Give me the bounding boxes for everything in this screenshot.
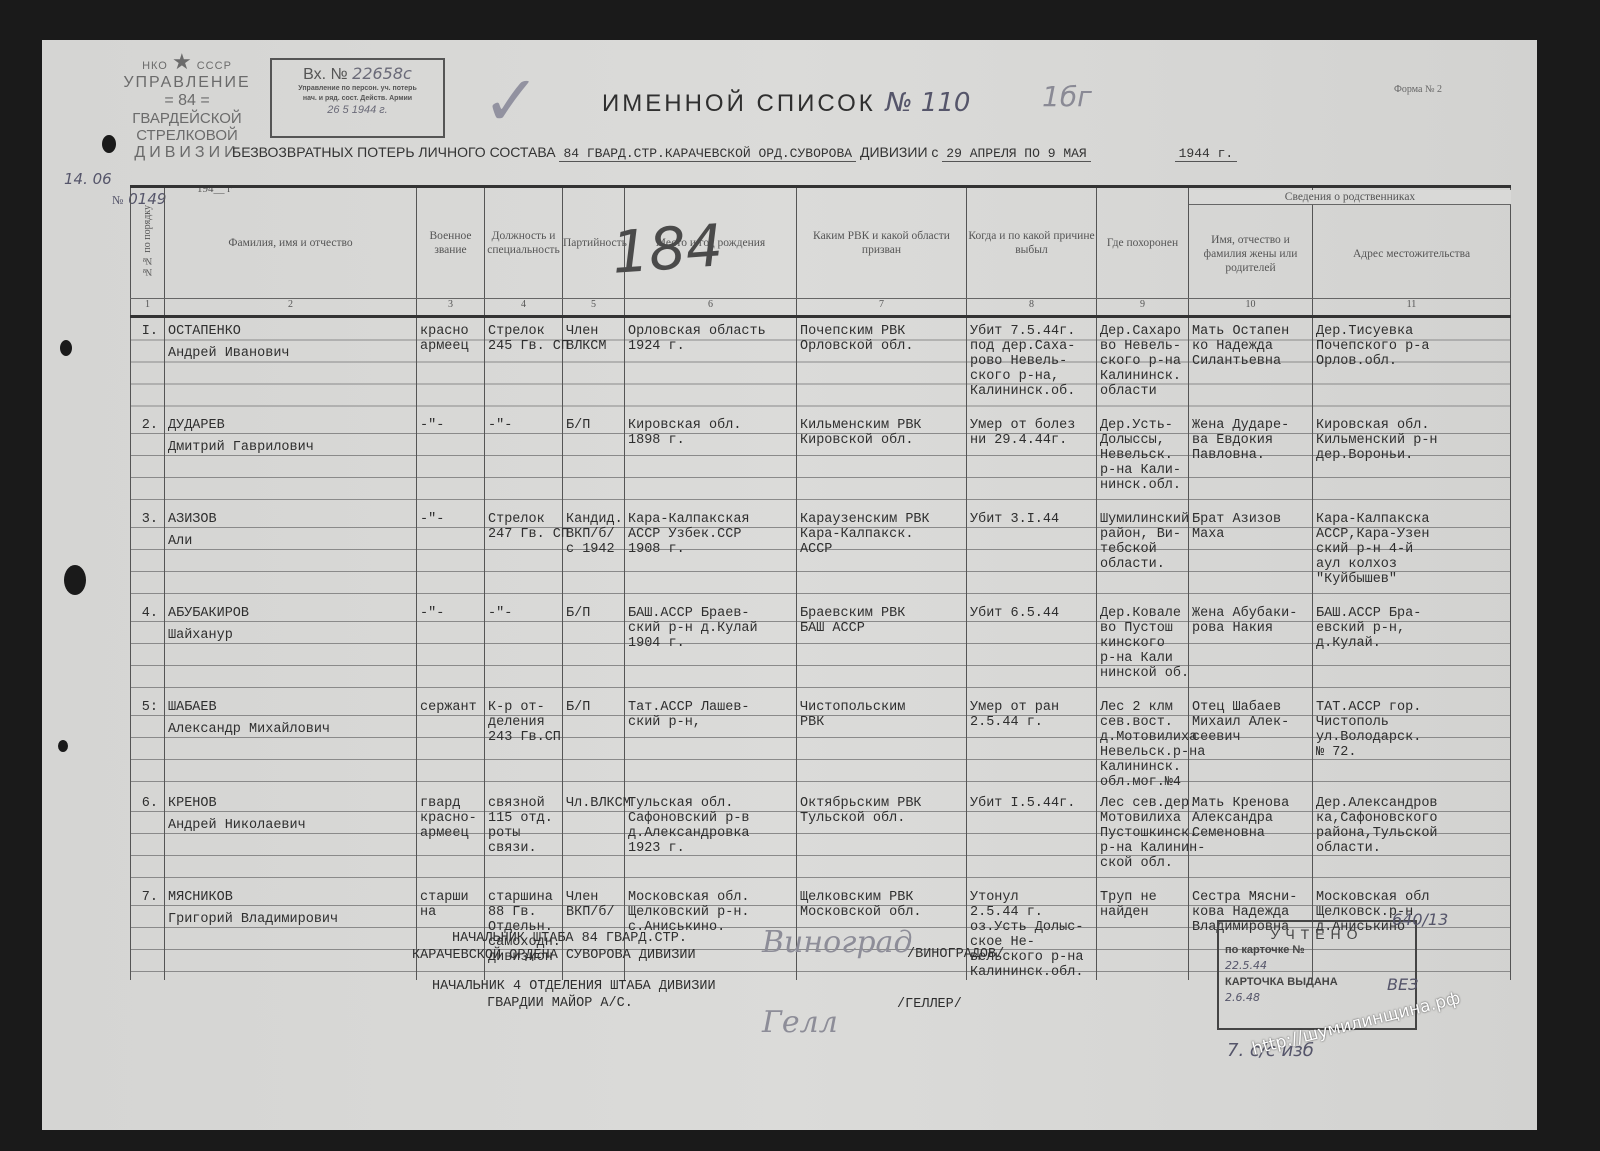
surname: МЯСНИКОВ — [168, 890, 413, 905]
registration-date: 14. 06 — [64, 170, 112, 188]
reason-line: Умер от болез — [970, 418, 1093, 433]
address-line: Кильменский р-н — [1316, 433, 1507, 448]
incoming-date: 26 5 1944 г. — [278, 104, 437, 116]
reason-line: рово Невель- — [970, 354, 1093, 369]
position-line: связной — [488, 796, 559, 811]
buried-line: Дер.Усть- — [1100, 418, 1185, 433]
rvk-line: Орловской обл. — [800, 339, 963, 354]
surname: АЗИЗОВ — [168, 512, 413, 527]
given-name: Андрей Иванович — [168, 346, 413, 361]
col-num: 1 — [131, 299, 165, 317]
buried-line: Калининск. — [1100, 369, 1185, 384]
relative-line: Жена Абубаки- — [1192, 606, 1309, 621]
reason-cell: Убит 7.5.44г.под дер.Саха-рово Невель-ск… — [967, 317, 1097, 413]
buried-line: ской обл. — [1100, 856, 1185, 871]
col-header-2: Фамилия, имя и отчество — [165, 187, 417, 299]
reason-line: 2.5.44 г. — [970, 905, 1093, 920]
side-handwritten: ВЕЗ — [1387, 975, 1418, 994]
buried-line: р-на Калинин- — [1100, 841, 1185, 856]
nko-label: НКО — [142, 60, 168, 72]
punch-hole — [58, 740, 68, 752]
subtitle-year: 1944 г. — [1175, 146, 1238, 162]
reason-line: Утонул — [970, 890, 1093, 905]
address-line: евский р-н, — [1316, 621, 1507, 636]
surname: ДУДАРЕВ — [168, 418, 413, 433]
position-line: старшина — [488, 890, 559, 905]
col-header-3: Военное звание — [417, 187, 485, 299]
buried-line: нинск.обл. — [1100, 478, 1185, 493]
col-num: 4 — [485, 299, 563, 317]
buried-line: д.Мотовилиха — [1100, 730, 1185, 745]
rank-line: на — [420, 905, 481, 920]
buried-line: район, Ви- — [1100, 527, 1185, 542]
address-line: Дер.Александров — [1316, 796, 1507, 811]
birth-line: Кара-Калпакская — [628, 512, 793, 527]
buried-line: Лес сев.дер. — [1100, 796, 1185, 811]
address-line: области. — [1316, 841, 1507, 856]
rvk-cell: Браевским РВКБАШ АССР — [797, 600, 967, 694]
address-line: Дер.Тисуевка — [1316, 324, 1507, 339]
relative-line: Сестра Мясни- — [1192, 890, 1309, 905]
party-line: Б/П — [566, 700, 621, 715]
col-header-9: Где похоронен — [1097, 187, 1189, 299]
relative-cell: Мать Остапенко НадеждаСилантьевна — [1189, 317, 1313, 413]
reason-cell: Убит 6.5.44 — [967, 600, 1097, 694]
address-cell: Кировская обл.Кильменский р-ндер.Вороньи… — [1313, 412, 1511, 506]
relative-line: ва Евдокия — [1192, 433, 1309, 448]
rvk-line: Браевским РВК — [800, 606, 963, 621]
full-name-cell: АБУБАКИРОВШайханур — [165, 600, 417, 694]
full-name-cell: КРЕНОВАндрей Николаевич — [165, 790, 417, 884]
incoming-text-1: Управление по персон. уч. потерь — [278, 84, 437, 94]
col-header-1: №№ по порядку — [131, 187, 165, 299]
party-cell: Кандид.ВКП/б/с 1942 — [563, 506, 625, 600]
row-number: 3. — [131, 506, 165, 600]
rvk-line: Караузенским РВК — [800, 512, 963, 527]
row-number: I. — [131, 317, 165, 413]
buried-cell: Дер.Усть-Долыссы,Невельск.р-на Кали-нинс… — [1097, 412, 1189, 506]
reason-line: оз.Усть Долыс- — [970, 920, 1093, 935]
relative-line: ко Надежда — [1192, 339, 1309, 354]
rvk-line: Тульской обл. — [800, 811, 963, 826]
rank-line: гвард — [420, 796, 481, 811]
given-name: Александр Михайлович — [168, 722, 413, 737]
subtitle-unit: 84 ГВАРД.СТР.КАРАЧЕВСКОЙ ОРД.СУВОРОВА — [559, 146, 856, 162]
full-name-cell: ДУДАРЕВДмитрий Гаврилович — [165, 412, 417, 506]
rank-cell: -"- — [417, 506, 485, 600]
buried-line: Мотовилиха — [1100, 811, 1185, 826]
punch-hole — [102, 135, 116, 153]
table-row: 5:ШАБАЕВАлександр МихайловичсержантК-р о… — [131, 694, 1511, 790]
org-line-1: УПРАВЛЕНИЕ — [92, 74, 282, 92]
full-name-cell: МЯСНИКОВГригорий Владимирович — [165, 884, 417, 980]
position-line: К-р от- — [488, 700, 559, 715]
position-line: 247 Гв. СП — [488, 527, 559, 542]
party-cell: Б/П — [563, 694, 625, 790]
col-num: 8 — [967, 299, 1097, 317]
reason-line: Калининск.обл. — [970, 965, 1093, 980]
reason-cell: Убит I.5.44г. — [967, 790, 1097, 884]
relative-cell: Жена Абубаки-рова Накия — [1189, 600, 1313, 694]
rank-cell: -"- — [417, 600, 485, 694]
position-line: деления — [488, 715, 559, 730]
corner-handwritten: 640/13 — [1392, 910, 1448, 929]
dept-title-2: ГВАРДИИ МАЙОР А/С. — [412, 995, 716, 1012]
table-row: 6.КРЕНОВАндрей Николаевичгвардкрасно-арм… — [131, 790, 1511, 884]
address-line: ул.Володарск. — [1316, 730, 1507, 745]
address-line: АССР,Кара-Узен — [1316, 527, 1507, 542]
surname: АБУБАКИРОВ — [168, 606, 413, 621]
rvk-cell: Кильменским РВККировской обл. — [797, 412, 967, 506]
position-line: связи. — [488, 841, 559, 856]
card-date-handwritten: 22.5.44 — [1225, 959, 1267, 972]
party-cell: ЧленВЛКСМ — [563, 317, 625, 413]
signature-block: НАЧАЛЬНИК ШТАБА 84 ГВАРД.СТР. КАРАЧЕВСКО… — [412, 930, 716, 1012]
reason-line: Убит 6.5.44 — [970, 606, 1093, 621]
rank-line: -"- — [420, 418, 481, 433]
given-name: Григорий Владимирович — [168, 912, 413, 927]
check-mark-icon: ✓ — [482, 60, 541, 142]
party-line: ВЛКСМ — [566, 339, 621, 354]
rvk-line: РВК — [800, 715, 963, 730]
incoming-number: 22658с — [352, 64, 412, 83]
position-cell: -"- — [485, 600, 563, 694]
rvk-cell: Караузенским РВККара-Калпакск.АССР — [797, 506, 967, 600]
position-line: -"- — [488, 606, 559, 621]
party-line: ВКП/б/ — [566, 905, 621, 920]
party-line: ВКП/б/ — [566, 527, 621, 542]
buried-line: нинской об. — [1100, 666, 1185, 681]
buried-line: Труп не — [1100, 890, 1185, 905]
party-line: Чл.ВЛКСМ — [566, 796, 621, 811]
reason-line: Калининск.об. — [970, 384, 1093, 399]
address-line: д.Кулай. — [1316, 636, 1507, 651]
rvk-line: Щелковским РВК — [800, 890, 963, 905]
buried-line: найден — [1100, 905, 1185, 920]
rank-line: сержант — [420, 700, 481, 715]
ussr-label: СССР — [197, 60, 232, 72]
relative-line: Силантьевна — [1192, 354, 1309, 369]
document-subtitle: БЕЗВОЗВРАТНЫХ ПОТЕРЬ ЛИЧНОГО СОСТАВА 84 … — [232, 144, 1237, 161]
table-row: I.ОСТАПЕНКОАндрей ИвановичкрасноармеецСт… — [131, 317, 1511, 413]
buried-line: Лес 2 клм — [1100, 700, 1185, 715]
buried-line: Долыссы, — [1100, 433, 1185, 448]
birth-line: ский р-н д.Кулай — [628, 621, 793, 636]
position-cell: Стрелок245 Гв. СП — [485, 317, 563, 413]
buried-line: сев.вост. — [1100, 715, 1185, 730]
reason-line: Умер от ран — [970, 700, 1093, 715]
party-line: Кандид. — [566, 512, 621, 527]
address-line: района,Тульской — [1316, 826, 1507, 841]
rvk-line: Октябрьским РВК — [800, 796, 963, 811]
address-cell: БАШ.АССР Бра-евский р-н,д.Кулай. — [1313, 600, 1511, 694]
address-cell: ТАТ.АССР гор.Чистопольул.Володарск.№ 72. — [1313, 694, 1511, 790]
rvk-line: Кара-Калпакск. — [800, 527, 963, 542]
given-name: Дмитрий Гаврилович — [168, 440, 413, 455]
birth-cell: БАШ.АССР Браев-ский р-н д.Кулай1904 г. — [625, 600, 797, 694]
rank-line: старши — [420, 890, 481, 905]
relative-line: Жена Дударе- — [1192, 418, 1309, 433]
title-number-handwritten: № 110 — [885, 88, 970, 118]
chief-title-2: КАРАЧЕВСКОЙ ОРДЕНА СУВОРОВА ДИВИЗИИ — [412, 947, 716, 964]
rvk-line: АССР — [800, 542, 963, 557]
buried-line: Невельск. — [1100, 448, 1185, 463]
surname: КРЕНОВ — [168, 796, 413, 811]
party-cell: Б/П — [563, 600, 625, 694]
chief-name: /ВИНОГРАДОВ/ — [907, 947, 1004, 962]
given-name: Шайханур — [168, 628, 413, 643]
buried-line: обл.мог.№4 — [1100, 775, 1185, 790]
position-line: 88 Гв. — [488, 905, 559, 920]
col-header-4: Должность и специальность — [485, 187, 563, 299]
relative-line: Брат Азизов — [1192, 512, 1309, 527]
registration-number-label: № — [112, 193, 123, 207]
table-header-row: №№ по порядку Фамилия, имя и отчество Во… — [131, 187, 1511, 299]
relative-line: Павловна. — [1192, 448, 1309, 463]
address-line: Чистополь — [1316, 715, 1507, 730]
incoming-text-2: нач. и ряд. сост. Действ. Армии — [278, 94, 437, 104]
rank-cell: красноармеец — [417, 317, 485, 413]
col-num: 9 — [1097, 299, 1189, 317]
document-title: ИМЕННОЙ СПИСОК № 110 — [602, 88, 970, 118]
relative-line: Михаил Алек- — [1192, 715, 1309, 730]
buried-cell: Лес 2 клмсев.вост.д.МотовилихаНевельск.р… — [1097, 694, 1189, 790]
dept-name: /ГЕЛЛЕР/ — [897, 997, 962, 1012]
relative-cell: Жена Дударе-ва ЕвдокияПавловна. — [1189, 412, 1313, 506]
address-line: Орлов.обл. — [1316, 354, 1507, 369]
star-icon: ★ — [172, 49, 193, 74]
party-line: Член — [566, 890, 621, 905]
party-line: с 1942 — [566, 542, 621, 557]
buried-line: Калининск. — [1100, 760, 1185, 775]
position-cell: связной115 отд.ротысвязи. — [485, 790, 563, 884]
reason-line: Убит 7.5.44г. — [970, 324, 1093, 339]
buried-line: области — [1100, 384, 1185, 399]
birth-cell: Тульская обл.Сафоновский р-вд.Александро… — [625, 790, 797, 884]
given-name: Андрей Николаевич — [168, 818, 413, 833]
card-issued-date: 2.6.48 — [1225, 991, 1260, 1004]
col-num: 5 — [563, 299, 625, 317]
position-cell: Стрелок247 Гв. СП — [485, 506, 563, 600]
reason-cell: Умер от болезни 29.4.44г. — [967, 412, 1097, 506]
address-line: Московская обл — [1316, 890, 1507, 905]
buried-line: во Невель- — [1100, 339, 1185, 354]
row-number: 7. — [131, 884, 165, 980]
buried-line: тебской — [1100, 542, 1185, 557]
address-cell: Дер.ТисуевкаПочепского р-аОрлов.обл. — [1313, 317, 1511, 413]
relative-line: Мать Кренова — [1192, 796, 1309, 811]
relative-line: кова Надежда — [1192, 905, 1309, 920]
incoming-stamp: Вх. № 22658с Управление по персон. уч. п… — [270, 58, 445, 138]
birth-line: 1898 г. — [628, 433, 793, 448]
col-header-8: Когда и по какой причине выбыл — [967, 187, 1097, 299]
relatives-group-header: Сведения о родственниках — [1189, 190, 1511, 205]
reason-line: под дер.Саха- — [970, 339, 1093, 354]
position-line: -"- — [488, 418, 559, 433]
full-name-cell: ШАБАЕВАлександр Михайлович — [165, 694, 417, 790]
rvk-line: Чистопольским — [800, 700, 963, 715]
rank-line: армеец — [420, 339, 481, 354]
birth-cell: Тат.АССР Лашев-ский р-н, — [625, 694, 797, 790]
birth-line: Тат.АССР Лашев- — [628, 700, 793, 715]
subtitle-period: 29 АПРЕЛЯ ПО 9 МАЯ — [942, 146, 1090, 162]
surname: ШАБАЕВ — [168, 700, 413, 715]
reason-line: 2.5.44 г. — [970, 715, 1093, 730]
position-line: Стрелок — [488, 512, 559, 527]
col-num: 2 — [165, 299, 417, 317]
row-number: 5: — [131, 694, 165, 790]
relative-line: сеевич — [1192, 730, 1309, 745]
rvk-line: Почепским РВК — [800, 324, 963, 339]
reason-line: Убит I.5.44г. — [970, 796, 1093, 811]
punch-hole — [64, 565, 86, 595]
birth-cell: Орловская область1924 г. — [625, 317, 797, 413]
address-line: "Куйбышев" — [1316, 572, 1507, 587]
party-line: Б/П — [566, 606, 621, 621]
rank-cell: сержант — [417, 694, 485, 790]
rank-line: красно — [420, 324, 481, 339]
col-header-7: Каким РВК и какой области призван — [797, 187, 967, 299]
reason-cell: Умер от ран2.5.44 г. — [967, 694, 1097, 790]
table-row: 4.АБУБАКИРОВШайханур-"--"-Б/ПБАШ.АССР Бр… — [131, 600, 1511, 694]
buried-line: кинского — [1100, 636, 1185, 651]
birth-line: 1924 г. — [628, 339, 793, 354]
address-cell: Дер.Александровка,Сафоновскогорайона,Тул… — [1313, 790, 1511, 884]
address-line: БАШ.АССР Бра- — [1316, 606, 1507, 621]
table-row: 3.АЗИЗОВАли-"-Стрелок247 Гв. СПКандид.ВК… — [131, 506, 1511, 600]
rvk-line: Кильменским РВК — [800, 418, 963, 433]
full-name-cell: ОСТАПЕНКОАндрей Иванович — [165, 317, 417, 413]
position-line: 243 Гв.СП — [488, 730, 559, 745]
relative-cell: Мать КреноваАлександраСеменовна — [1189, 790, 1313, 884]
row-number: 2. — [131, 412, 165, 506]
rvk-line: Московской обл. — [800, 905, 963, 920]
buried-line: Шумилинский — [1100, 512, 1185, 527]
reason-cell: Убит 3.I.44 — [967, 506, 1097, 600]
row-number: 4. — [131, 600, 165, 694]
relative-line: Отец Шабаев — [1192, 700, 1309, 715]
rvk-line: Кировской обл. — [800, 433, 963, 448]
address-line: Почепского р-а — [1316, 339, 1507, 354]
col-num: 7 — [797, 299, 967, 317]
rvk-cell: Октябрьским РВКТульской обл. — [797, 790, 967, 884]
buried-line: области. — [1100, 557, 1185, 572]
buried-line: Дер.Ковале — [1100, 606, 1185, 621]
buried-cell: Дер.Сахарово Невель-ского р-наКалининск.… — [1097, 317, 1189, 413]
dept-title-1: НАЧАЛЬНИК 4 ОТДЕЛЕНИЯ ШТАБА ДИВИЗИИ — [412, 978, 716, 995]
archive-document: НКО ★ СССР УПРАВЛЕНИЕ = 84 = ГВАРДЕЙСКОЙ… — [42, 40, 1537, 1130]
position-cell: К-р от-деления243 Гв.СП — [485, 694, 563, 790]
rvk-cell: Почепским РВКОрловской обл. — [797, 317, 967, 413]
surname: ОСТАПЕНКО — [168, 324, 413, 339]
row-number: 6. — [131, 790, 165, 884]
rank-line: красно- — [420, 811, 481, 826]
chief-title-1: НАЧАЛЬНИК ШТАБА 84 ГВАРД.СТР. — [412, 930, 716, 947]
rank-cell: -"- — [417, 412, 485, 506]
address-line: ский р-н 4-й — [1316, 542, 1507, 557]
col-num: 6 — [625, 299, 797, 317]
punch-hole — [60, 340, 72, 356]
card-label: по карточке № — [1225, 944, 1305, 956]
incoming-label: Вх. № — [303, 66, 348, 83]
buried-line: р-на Кали — [1100, 651, 1185, 666]
relative-cell: Отец ШабаевМихаил Алек-сеевич — [1189, 694, 1313, 790]
relative-line: рова Накия — [1192, 621, 1309, 636]
position-line: Стрелок — [488, 324, 559, 339]
handwritten-184: 184 — [610, 211, 725, 287]
reason-cell: Утонул2.5.44 г.оз.Усть Долыс-ское Не-вел… — [967, 884, 1097, 980]
accounting-header: УЧТЕНО — [1225, 926, 1409, 942]
address-line: ТАТ.АССР гор. — [1316, 700, 1507, 715]
birth-line: БАШ.АССР Браев- — [628, 606, 793, 621]
rank-line: -"- — [420, 606, 481, 621]
birth-cell: Кара-КалпакскаяАССР Узбек.ССР1908 г. — [625, 506, 797, 600]
column-number-row: 1 2 3 4 5 6 7 8 9 10 11 — [131, 299, 1511, 317]
reason-line: Убит 3.I.44 — [970, 512, 1093, 527]
chief-autograph: Виноград — [762, 925, 912, 960]
dept-autograph: Гелл — [762, 1005, 838, 1040]
buried-line: р-на Кали- — [1100, 463, 1185, 478]
losses-table: №№ по порядку Фамилия, имя и отчество Во… — [130, 185, 1511, 980]
buried-cell: Труп ненайден — [1097, 884, 1189, 980]
birth-line: АССР Узбек.ССР — [628, 527, 793, 542]
card-issued-label: КАРТОЧКА ВЫДАНА — [1225, 976, 1338, 988]
address-line: № 72. — [1316, 745, 1507, 760]
rvk-line: БАШ АССР — [800, 621, 963, 636]
full-name-cell: АЗИЗОВАли — [165, 506, 417, 600]
col-num: 11 — [1313, 299, 1511, 317]
buried-line: во Пустош — [1100, 621, 1185, 636]
reason-line: ского р-на, — [970, 369, 1093, 384]
buried-line: ского р-на — [1100, 354, 1185, 369]
rank-cell: гвардкрасно-армеец — [417, 790, 485, 884]
birth-line: Кировская обл. — [628, 418, 793, 433]
birth-line: 1923 г. — [628, 841, 793, 856]
subtitle-divisions: ДИВИЗИИ с — [860, 144, 938, 160]
birth-line: 1904 г. — [628, 636, 793, 651]
col-num: 10 — [1189, 299, 1313, 317]
party-line: Член — [566, 324, 621, 339]
position-line: роты — [488, 826, 559, 841]
table-row: 2.ДУДАРЕВДмитрий Гаврилович-"--"-Б/ПКиро… — [131, 412, 1511, 506]
relative-cell: Брат АзизовМаха — [1189, 506, 1313, 600]
position-line: 245 Гв. СП — [488, 339, 559, 354]
buried-line: Пустошкинск. — [1100, 826, 1185, 841]
buried-cell: Лес сев.дер.МотовилихаПустошкинск.р-на К… — [1097, 790, 1189, 884]
buried-cell: Шумилинскийрайон, Ви-тебскойобласти. — [1097, 506, 1189, 600]
col-num: 3 — [417, 299, 485, 317]
position-line: 115 отд. — [488, 811, 559, 826]
top-handwritten-note: 1бг — [1042, 80, 1092, 113]
buried-line: Дер.Сахаро — [1100, 324, 1185, 339]
rank-line: армеец — [420, 826, 481, 841]
col-header-10: Сведения о родственниках Имя, отчество и… — [1189, 187, 1313, 299]
address-cell: Кара-КалпакскаАССР,Кара-Узенский р-н 4-й… — [1313, 506, 1511, 600]
birth-line: Сафоновский р-в — [628, 811, 793, 826]
form-number: Форма № 2 — [1394, 84, 1442, 95]
subtitle-prefix: БЕЗВОЗВРАТНЫХ ПОТЕРЬ ЛИЧНОГО СОСТАВА — [232, 144, 556, 160]
party-line: Б/П — [566, 418, 621, 433]
position-cell: -"- — [485, 412, 563, 506]
buried-cell: Дер.Ковалево Пустошкинскогор-на Калининс… — [1097, 600, 1189, 694]
birth-cell: Кировская обл.1898 г. — [625, 412, 797, 506]
party-cell: Б/П — [563, 412, 625, 506]
address-line: ка,Сафоновского — [1316, 811, 1507, 826]
title-text: ИМЕННОЙ СПИСОК — [602, 90, 876, 117]
org-line-2: = 84 = — [92, 92, 282, 110]
rank-line: -"- — [420, 512, 481, 527]
relative-line: Маха — [1192, 527, 1309, 542]
